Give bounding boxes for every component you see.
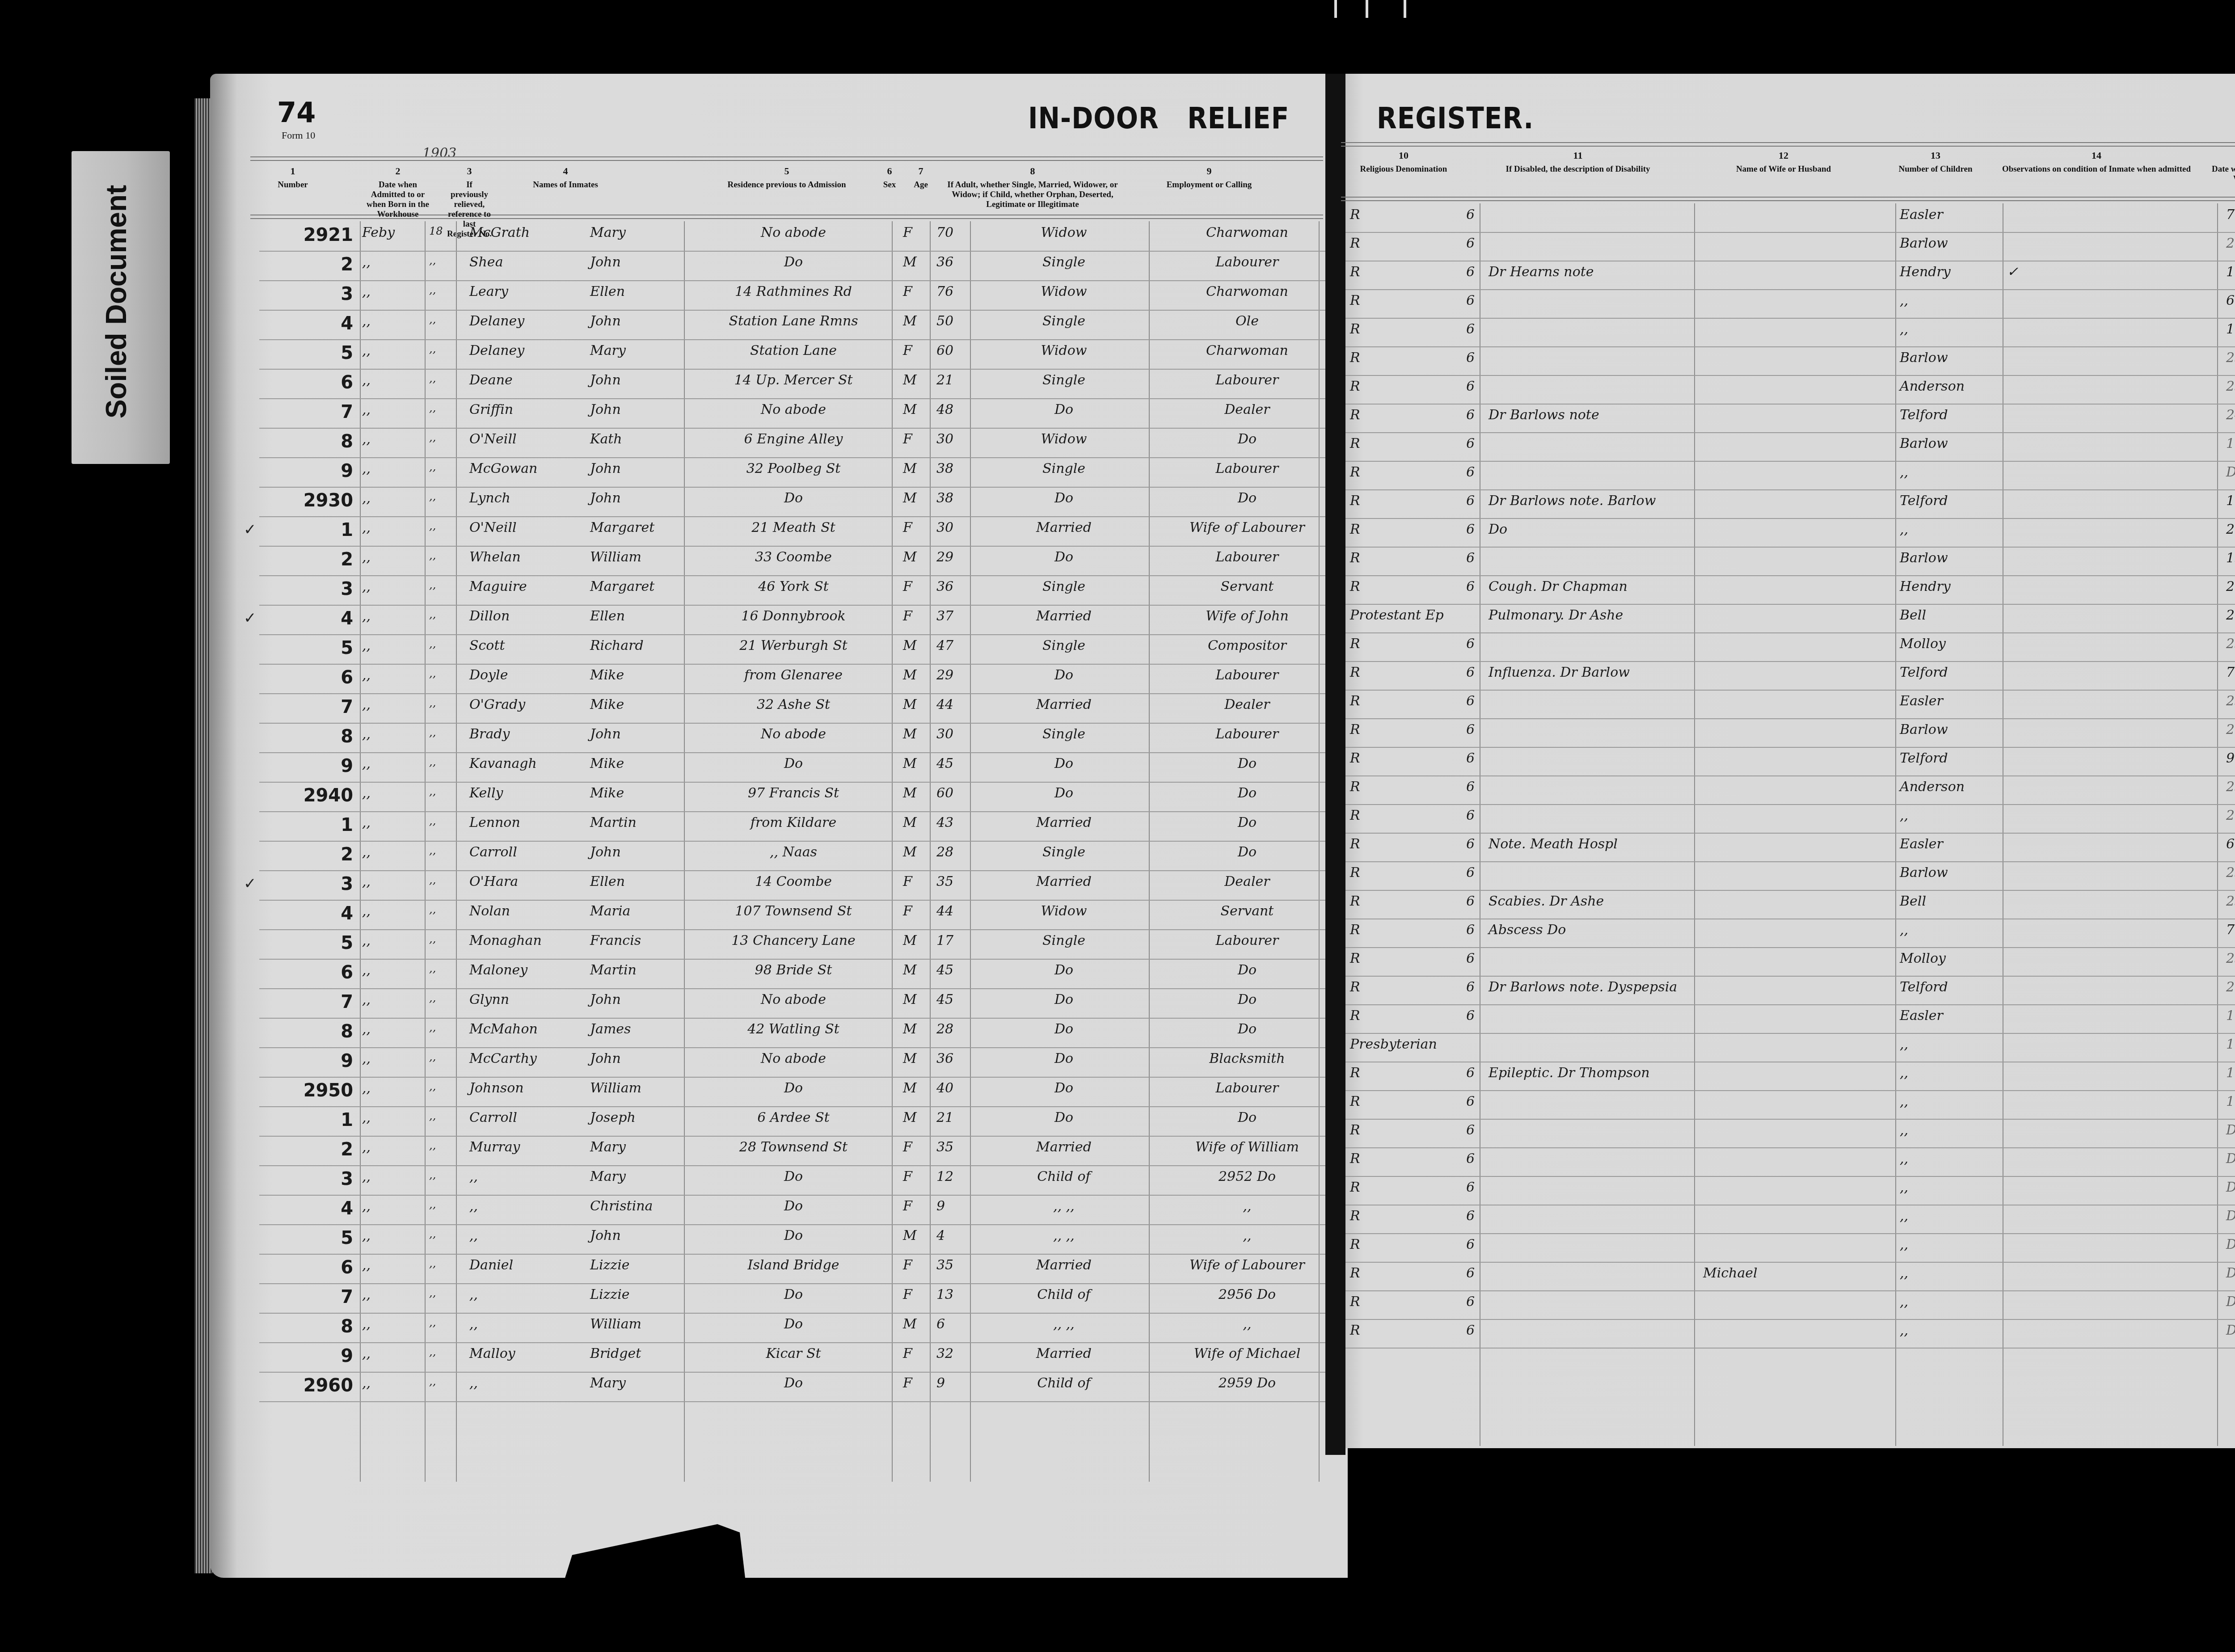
children-cell: ,, — [1900, 1037, 2003, 1052]
discharged-cell: 20 Feb 1903 — [2226, 979, 2235, 995]
forename-cell: Mary — [590, 1169, 693, 1184]
table-row: 7,,,,O'GradyMike32 Ashe StM44MarriedDeal… — [259, 693, 1325, 724]
date-cell: ,, — [362, 461, 429, 476]
date-cell: ,, — [362, 313, 429, 329]
ward-cell: 6 — [1466, 808, 1484, 823]
table-row: R6Barlow26 Feb 19032 — [1345, 232, 2235, 261]
table-row: R6,,Do5 — [1345, 1176, 2235, 1205]
residence-cell: Kicar St — [695, 1346, 892, 1361]
table-row: 7,,,,GriffinJohnNo abodeM48DoDealer — [259, 398, 1325, 429]
disability-cell: Dr Barlows note. Dyspepsia — [1489, 979, 1694, 995]
ward-cell: 6 — [1466, 665, 1484, 680]
table-row: 5,,,,MonaghanFrancis13 Chancery LaneM17S… — [259, 929, 1325, 960]
forename-cell: Christina — [590, 1198, 693, 1214]
ward-cell: 6 — [1466, 1065, 1484, 1081]
condition-cell: Married — [974, 1139, 1153, 1155]
employment-cell: Labourer — [1171, 254, 1323, 270]
column-header-1: 1Number — [268, 165, 317, 190]
forename-cell: William — [590, 1080, 693, 1096]
table-row: R6,,20 Feb 19032 — [1345, 804, 2235, 834]
residence-cell: Do — [695, 1228, 892, 1243]
column-label: Sex — [883, 180, 896, 190]
discharged-cell: 18 April 1903 — [2226, 493, 2235, 509]
ward-cell: 6 — [1466, 693, 1484, 709]
discharged-cell: 18 May 1903 — [2226, 264, 2235, 280]
children-cell: Easler — [1900, 693, 2003, 709]
children-cell: ,, — [1900, 1180, 2003, 1195]
condition-cell: Single — [974, 726, 1153, 742]
table-row: 8,,,,BradyJohnNo abodeM30SingleLabourer — [259, 723, 1325, 753]
condition-cell: ,, ,, — [974, 1228, 1153, 1243]
date-cell: ,, — [362, 343, 429, 358]
forename-cell: John — [590, 844, 693, 860]
column-number: 2 — [362, 165, 434, 177]
table-row: 4,,,,,,ChristinaDoF9,, ,,,, — [259, 1195, 1325, 1225]
age-cell: 60 — [936, 343, 968, 358]
ward-cell: 6 — [1466, 779, 1484, 795]
disability-cell: Pulmonary. Dr Ashe — [1489, 607, 1694, 623]
table-row: R6Telford9 April 19032940 — [1345, 747, 2235, 776]
children-cell: Molloy — [1900, 636, 2003, 652]
sex-cell: M — [903, 726, 930, 742]
table-row: 5,,,,,,JohnDoM4,, ,,,, — [259, 1224, 1325, 1255]
discharged-cell: 7 Mar 1903 — [2226, 665, 2235, 680]
number-cell: 5 — [259, 933, 353, 953]
religion-cell: R — [1350, 550, 1453, 566]
employment-cell: Do — [1171, 756, 1323, 771]
employment-cell: Do — [1171, 992, 1323, 1007]
residence-cell: 16 Donnybrook — [695, 608, 892, 624]
religion-cell: R — [1350, 379, 1453, 394]
discharged-cell: 6 Mar 1903 — [2226, 836, 2235, 852]
discharged-cell: 23 Do — [2226, 350, 2235, 366]
ward-cell: 6 — [1466, 1094, 1484, 1109]
age-cell: 70 — [936, 225, 968, 240]
employment-cell: Dealer — [1171, 402, 1323, 417]
column-number: 6 — [876, 165, 903, 177]
number-cell: 3 — [259, 1169, 353, 1189]
discharged-cell: 18 Feb 1903 — [2226, 1037, 2235, 1052]
residence-cell: 46 York St — [695, 579, 892, 594]
age-cell: 38 — [936, 490, 968, 506]
column-number: 1 — [268, 165, 317, 177]
children-cell: Hendry — [1900, 264, 2003, 280]
column-number: 10 — [1345, 150, 1462, 161]
table-row: 2,,,,MurrayMary28 Townsend StF35MarriedW… — [259, 1136, 1325, 1166]
date-cell: ,, — [362, 903, 429, 919]
number-cell: 8 — [259, 1316, 353, 1337]
surname-cell: Delaney — [469, 313, 603, 329]
children-cell: ,, — [1900, 1122, 2003, 1138]
column-label: Date when Admitted to or when Born in th… — [367, 180, 429, 219]
forename-cell: John — [590, 1051, 693, 1066]
condition-cell: ,, ,, — [974, 1198, 1153, 1214]
children-cell: Bell — [1900, 893, 2003, 909]
day-cell: ,, — [429, 962, 456, 975]
column-label: Religious Denomination — [1360, 164, 1447, 174]
surname-cell: Deane — [469, 372, 603, 388]
religion-cell: Presbyterian — [1350, 1037, 1453, 1052]
number-cell: 8 — [259, 1021, 353, 1042]
column-label: Number of Children — [1898, 164, 1972, 174]
column-header-14: 14Observations on condition of Inmate wh… — [1989, 150, 2204, 174]
day-cell: ,, — [429, 520, 456, 532]
forename-cell: Mary — [590, 1375, 693, 1391]
number-cell: 9 — [259, 1051, 353, 1071]
date-cell: ,, — [362, 667, 429, 683]
employment-cell: Do — [1171, 490, 1323, 506]
table-row: 2940,,,,KellyMike97 Francis StM60DoDo — [259, 782, 1325, 812]
number-cell: 6 — [259, 962, 353, 983]
table-row: R6,,Do2960 — [1345, 1319, 2235, 1349]
children-cell: Barlow — [1900, 865, 2003, 881]
age-cell: 17 — [936, 933, 968, 948]
children-cell: ,, — [1900, 1265, 2003, 1281]
age-cell: 36 — [936, 254, 968, 270]
sex-cell: M — [903, 1316, 930, 1332]
day-cell: ,, — [429, 608, 456, 621]
employment-cell: Servant — [1171, 579, 1323, 594]
date-cell: ,, — [362, 520, 429, 535]
disability-cell: Dr Barlows note. Barlow — [1489, 493, 1694, 509]
column-number: 14 — [1989, 150, 2204, 161]
religion-cell: R — [1350, 407, 1453, 423]
condition-cell: Do — [974, 756, 1153, 771]
day-cell: ,, — [429, 1110, 456, 1122]
day-cell: ,, — [429, 844, 456, 857]
table-row: 3,,,,,,MaryDoF12Child of2952 Do — [259, 1165, 1325, 1196]
column-number: 8 — [943, 165, 1122, 177]
employment-cell: Labourer — [1171, 549, 1323, 565]
day-cell: ,, — [429, 1198, 456, 1211]
sex-cell: M — [903, 1021, 930, 1037]
column-label: Name of Wife or Husband — [1736, 164, 1831, 174]
surname-cell: O'Neill — [469, 431, 603, 447]
condition-cell: Widow — [974, 284, 1153, 299]
residence-cell: 97 Francis St — [695, 785, 892, 801]
age-cell: 21 — [936, 372, 968, 388]
number-cell: 7 — [259, 402, 353, 422]
religion-cell: R — [1350, 722, 1453, 737]
discharged-cell: Do — [2226, 1294, 2235, 1310]
children-cell: Molloy — [1900, 951, 2003, 966]
condition-cell: Do — [974, 1110, 1153, 1125]
residence-cell: Station Lane — [695, 343, 892, 358]
date-cell: ,, — [362, 1287, 429, 1302]
condition-cell: Widow — [974, 343, 1153, 358]
employment-cell: Do — [1171, 844, 1323, 860]
surname-cell: Leary — [469, 284, 603, 299]
condition-cell: Do — [974, 962, 1153, 978]
residence-cell: Island Bridge — [695, 1257, 892, 1273]
number-cell: 2 — [259, 844, 353, 865]
age-cell: 9 — [936, 1375, 968, 1391]
discharged-cell: 27 Augt 1903 — [2226, 579, 2235, 594]
sex-cell: F — [903, 431, 930, 447]
date-cell: ,, — [362, 785, 429, 801]
condition-cell: Married — [974, 1346, 1153, 1361]
disability-cell: Dr Hearns note — [1489, 264, 1694, 280]
discharged-cell: 23 Feb 1903 — [2226, 951, 2235, 966]
residence-cell: Do — [695, 1316, 892, 1332]
day-cell: ,, — [429, 726, 456, 739]
surname-cell: Scott — [469, 638, 603, 653]
employment-cell: ,, — [1171, 1228, 1323, 1243]
forename-cell: James — [590, 1021, 693, 1037]
forename-cell: William — [590, 549, 693, 565]
number-cell: 5 — [259, 638, 353, 658]
film-mark — [1366, 0, 1368, 18]
children-cell: ,, — [1900, 808, 2003, 823]
date-cell: ,, — [362, 402, 429, 417]
forename-cell: Lizzie — [590, 1257, 693, 1273]
religion-cell: R — [1350, 951, 1453, 966]
condition-cell: Do — [974, 1021, 1153, 1037]
condition-cell: Widow — [974, 431, 1153, 447]
number-cell: 4 — [259, 608, 353, 629]
surname-cell: Monaghan — [469, 933, 603, 948]
religion-cell: R — [1350, 464, 1453, 480]
number-cell: 3 — [259, 284, 353, 304]
number-cell: 2950 — [259, 1080, 353, 1101]
disability-cell: Abscess Do — [1489, 922, 1694, 938]
table-row: R6,,10 March 19035 — [1345, 318, 2235, 347]
surname-cell: McGowan — [469, 461, 603, 476]
residence-cell: 14 Coombe — [695, 874, 892, 889]
age-cell: 38 — [936, 461, 968, 476]
surname-cell: Carroll — [469, 1110, 603, 1125]
surname-cell: Nolan — [469, 903, 603, 919]
condition-cell: Child of — [974, 1169, 1153, 1184]
children-cell: ,, — [1900, 464, 2003, 480]
discharged-cell: 10 March 1903 — [2226, 321, 2235, 337]
ward-cell: 6 — [1466, 436, 1484, 451]
condition-cell: Child of — [974, 1375, 1153, 1391]
age-cell: 6 — [936, 1316, 968, 1332]
day-cell: ,, — [429, 372, 456, 385]
column-header-6: 6Sex — [876, 165, 903, 190]
column-label: Employment or Calling — [1167, 180, 1252, 190]
sex-cell: M — [903, 933, 930, 948]
number-cell: 6 — [259, 1257, 353, 1278]
column-header-12: 12Name of Wife or Husband — [1685, 150, 1882, 174]
condition-cell: Single — [974, 844, 1153, 860]
residence-cell: 42 Watling St — [695, 1021, 892, 1037]
column-number: 13 — [1882, 150, 1989, 161]
ward-cell: 6 — [1466, 836, 1484, 852]
table-row: 4,,,,DillonEllen16 DonnybrookF37MarriedW… — [259, 605, 1325, 635]
table-row: R6Dr Hearns noteHendry✓18 May 1903Dischg… — [1345, 261, 2235, 290]
discharged-cell: Do — [2226, 1265, 2235, 1281]
religion-cell: R — [1350, 522, 1453, 537]
ward-cell: 6 — [1466, 636, 1484, 652]
forename-cell: Mike — [590, 756, 693, 771]
residence-cell: 21 Werburgh St — [695, 638, 892, 653]
table-row: 2,,,,WhelanWilliam33 CoombeM29DoLabourer — [259, 546, 1325, 576]
sex-cell: M — [903, 254, 930, 270]
header-rule-top-left — [250, 156, 1323, 161]
disability-cell: Cough. Dr Chapman — [1489, 579, 1694, 594]
table-row: 8,,,,,,WilliamDoM6,, ,,,, — [259, 1313, 1325, 1343]
ward-cell: 6 — [1466, 1265, 1484, 1281]
table-row: R6Cough. Dr ChapmanHendry27 Augt 1903Dis… — [1345, 575, 2235, 605]
column-number: 9 — [1135, 165, 1283, 177]
discharged-cell: 19 Feb 1903 — [2226, 1065, 2235, 1081]
column-label: If Adult, whether Single, Married, Widow… — [947, 180, 1117, 209]
religion-cell: R — [1350, 1065, 1453, 1081]
age-cell: 45 — [936, 756, 968, 771]
discharged-cell: 23 Feb 1903 — [2226, 693, 2235, 709]
table-row: R6,,6 March 1903Dischg4 — [1345, 289, 2235, 319]
day-cell: ,, — [429, 579, 456, 591]
children-cell: ,, — [1900, 1151, 2003, 1167]
religion-cell: R — [1350, 1294, 1453, 1310]
number-cell: 5 — [259, 1228, 353, 1248]
number-cell: 2960 — [259, 1375, 353, 1396]
number-cell: 7 — [259, 992, 353, 1012]
day-cell: ,, — [429, 1287, 456, 1299]
children-cell: Telford — [1900, 665, 2003, 680]
day-cell: ,, — [429, 1375, 456, 1388]
residence-cell: 14 Up. Mercer St — [695, 372, 892, 388]
forename-cell: John — [590, 1228, 693, 1243]
table-row: 3,,,,MaguireMargaret46 York StF36SingleS… — [259, 575, 1325, 606]
employment-cell: ,, — [1171, 1198, 1323, 1214]
surname-cell: Shea — [469, 254, 603, 270]
forename-cell: Lizzie — [590, 1287, 693, 1302]
age-cell: 36 — [936, 1051, 968, 1066]
table-row: 2960,,,,,,MaryDoF9Child of2959 Do — [259, 1372, 1325, 1402]
forename-cell: Margaret — [590, 579, 693, 594]
surname-cell: Carroll — [469, 844, 603, 860]
religion-cell: R — [1350, 779, 1453, 795]
column-header-9: 9Employment or Calling — [1135, 165, 1283, 190]
number-cell: 3 — [259, 579, 353, 599]
sex-cell: F — [903, 1257, 930, 1273]
header-rule-bottom-right — [1341, 197, 2235, 201]
religion-cell: Protestant Ep — [1350, 607, 1453, 623]
date-cell: ,, — [362, 874, 429, 889]
table-row: 6,,,,DeaneJohn14 Up. Mercer StM21SingleL… — [259, 369, 1325, 399]
residence-cell: Do — [695, 254, 892, 270]
residence-cell: No abode — [695, 402, 892, 417]
religion-cell: R — [1350, 236, 1453, 251]
employment-cell: Dealer — [1171, 874, 1323, 889]
date-cell: ,, — [362, 933, 429, 948]
observations-cell: ✓ — [2007, 264, 2195, 280]
number-cell: 2 — [259, 254, 353, 275]
day-cell: ,, — [429, 667, 456, 680]
residence-cell: Do — [695, 756, 892, 771]
residence-cell: Do — [695, 490, 892, 506]
table-row: R6,,Do2930 — [1345, 461, 2235, 490]
condition-cell: Single — [974, 638, 1153, 653]
table-row: R6,,18 Feb 19032 — [1345, 1090, 2235, 1120]
table-row: 7,,,,,,LizzieDoF13Child of2956 Do — [259, 1283, 1325, 1314]
table-row: R6Molloy23 Feb 19037 — [1345, 947, 2235, 977]
children-cell: ,, — [1900, 1094, 2003, 1109]
employment-cell: Dealer — [1171, 697, 1323, 712]
religion-cell: R — [1350, 207, 1453, 223]
age-cell: 4 — [936, 1228, 968, 1243]
religion-cell: R — [1350, 493, 1453, 509]
day-cell: ,, — [429, 1021, 456, 1034]
number-cell: 3 — [259, 874, 353, 894]
forename-cell: John — [590, 254, 693, 270]
sex-cell: M — [903, 844, 930, 860]
discharged-cell: 18 Feb 1903 — [2226, 1008, 2235, 1024]
surname-cell: Dillon — [469, 608, 603, 624]
table-row: 8,,,,O'NeillKath6 Engine AlleyF30WidowDo — [259, 428, 1325, 458]
date-cell: ,, — [362, 1257, 429, 1273]
forename-cell: Mike — [590, 697, 693, 712]
day-cell: ,, — [429, 1139, 456, 1152]
surname-cell: Kavanagh — [469, 756, 603, 771]
ward-cell: 6 — [1466, 464, 1484, 480]
table-row: R6,,Do3 — [1345, 1119, 2235, 1148]
residence-cell: from Kildare — [695, 815, 892, 830]
ward-cell: 6 — [1466, 321, 1484, 337]
age-cell: 30 — [936, 520, 968, 535]
sex-cell: M — [903, 962, 930, 978]
forename-cell: John — [590, 313, 693, 329]
disability-cell: Influenza. Dr Barlow — [1489, 665, 1694, 680]
surname-cell: Johnson — [469, 1080, 603, 1096]
employment-cell: Servant — [1171, 903, 1323, 919]
discharged-cell: Do — [2226, 1208, 2235, 1224]
forename-cell: Bridget — [590, 1346, 693, 1361]
surname-cell: McCarthy — [469, 1051, 603, 1066]
children-cell: ,, — [1900, 1208, 2003, 1224]
surname-cell: McMahon — [469, 1021, 603, 1037]
employment-cell: Labourer — [1171, 461, 1323, 476]
date-cell: ,, — [362, 549, 429, 565]
forename-cell: Mary — [590, 225, 693, 240]
day-cell: ,, — [429, 1080, 456, 1093]
religion-cell: R — [1350, 1237, 1453, 1252]
employment-cell: 2956 Do — [1171, 1287, 1323, 1302]
forename-cell: Ellen — [590, 608, 693, 624]
ward-cell: 6 — [1466, 865, 1484, 881]
forename-cell: Kath — [590, 431, 693, 447]
age-cell: 28 — [936, 844, 968, 860]
age-cell: 35 — [936, 1257, 968, 1273]
religion-cell: R — [1350, 1265, 1453, 1281]
date-cell: ,, — [362, 1316, 429, 1332]
number-cell: 2921 — [259, 225, 353, 245]
column-label: If Disabled, the description of Disabili… — [1505, 164, 1650, 174]
table-row: 2921Feby18McGrathMaryNo abodeF70WidowCha… — [259, 221, 1325, 252]
number-cell: 4 — [259, 903, 353, 924]
employment-cell: Labourer — [1171, 667, 1323, 683]
residence-cell: No abode — [695, 726, 892, 742]
column-number: 5 — [693, 165, 881, 177]
table-row: Presbyterian,,18 Feb 19032950 — [1345, 1033, 2235, 1062]
day-cell: ,, — [429, 933, 456, 945]
children-cell: Telford — [1900, 493, 2003, 509]
ward-cell: 6 — [1466, 350, 1484, 366]
sex-cell: M — [903, 1080, 930, 1096]
date-cell: ,, — [362, 1021, 429, 1037]
age-cell: 45 — [936, 962, 968, 978]
table-row: 6,,,,DanielLizzieIsland BridgeF35Married… — [259, 1254, 1325, 1284]
forename-cell: Richard — [590, 638, 693, 653]
sex-cell: M — [903, 756, 930, 771]
surname-cell: ,, — [469, 1287, 603, 1302]
children-cell: Easler — [1900, 207, 2003, 223]
residence-cell: Do — [695, 1198, 892, 1214]
discharged-cell: 23 Feb 1903 — [2226, 893, 2235, 909]
